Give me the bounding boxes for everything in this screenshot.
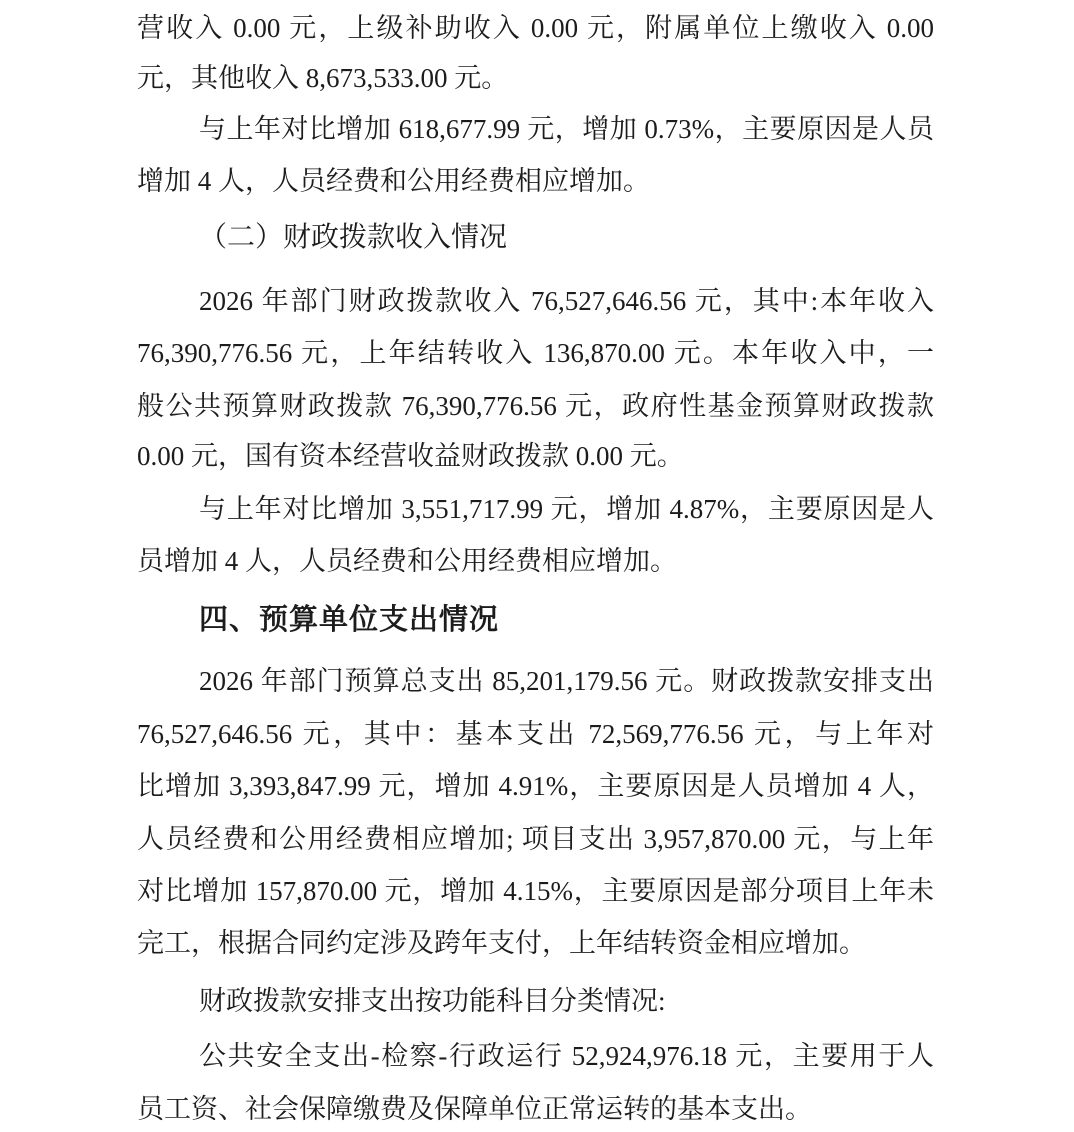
document-line: 对比增加 157,870.00 元，增加 4.15%，主要原因是部分项目上年未 <box>137 872 934 916</box>
document-line: 0.00 元，国有资本经营收益财政拨款 0.00 元。 <box>137 437 934 481</box>
document-line: 76,390,776.56 元，上年结转收入 136,870.00 元。本年收入… <box>137 334 934 378</box>
heading-budget-unit-expenditure: 四、预算单位支出情况 <box>137 601 934 645</box>
document-line: 2026 年部门预算总支出 85,201,179.56 元。财政拨款安排支出 <box>137 662 934 706</box>
document-line: 完工，根据合同约定涉及跨年支付，上年结转资金相应增加。 <box>137 924 934 968</box>
document-line: 2026 年部门财政拨款收入 76,527,646.56 元，其中:本年收入 <box>137 282 934 326</box>
document-line: 与上年对比增加 618,677.99 元，增加 0.73%，主要原因是人员 <box>137 110 934 154</box>
document-line: 与上年对比增加 3,551,717.99 元，增加 4.87%，主要原因是人 <box>137 490 934 534</box>
document-line: 增加 4 人，人员经费和公用经费相应增加。 <box>137 162 934 206</box>
document-page: 营收入 0.00 元，上级补助收入 0.00 元，附属单位上缴收入 0.00 元… <box>0 0 1074 1132</box>
document-line: 人员经费和公用经费相应增加; 项目支出 3,957,870.00 元，与上年 <box>137 820 934 864</box>
document-line: 财政拨款安排支出按功能科目分类情况: <box>137 982 934 1026</box>
document-line: 元，其他收入 8,673,533.00 元。 <box>137 59 934 103</box>
document-line: 营收入 0.00 元，上级补助收入 0.00 元，附属单位上缴收入 0.00 <box>137 9 934 53</box>
document-line: 员增加 4 人，人员经费和公用经费相应增加。 <box>137 542 934 586</box>
document-line: 公共安全支出-检察-行政运行 52,924,976.18 元，主要用于人 <box>137 1037 934 1081</box>
document-line: 般公共预算财政拨款 76,390,776.56 元，政府性基金预算财政拨款 <box>137 387 934 431</box>
document-line: 比增加 3,393,847.99 元，增加 4.91%，主要原因是人员增加 4 … <box>137 767 934 811</box>
document-line: 76,527,646.56 元，其中：基本支出 72,569,776.56 元，… <box>137 715 934 759</box>
heading-fiscal-allocation-income: （二）财政拨款收入情况 <box>137 219 934 263</box>
document-line: 员工资、社会保障缴费及保障单位正常运转的基本支出。 <box>137 1090 934 1132</box>
